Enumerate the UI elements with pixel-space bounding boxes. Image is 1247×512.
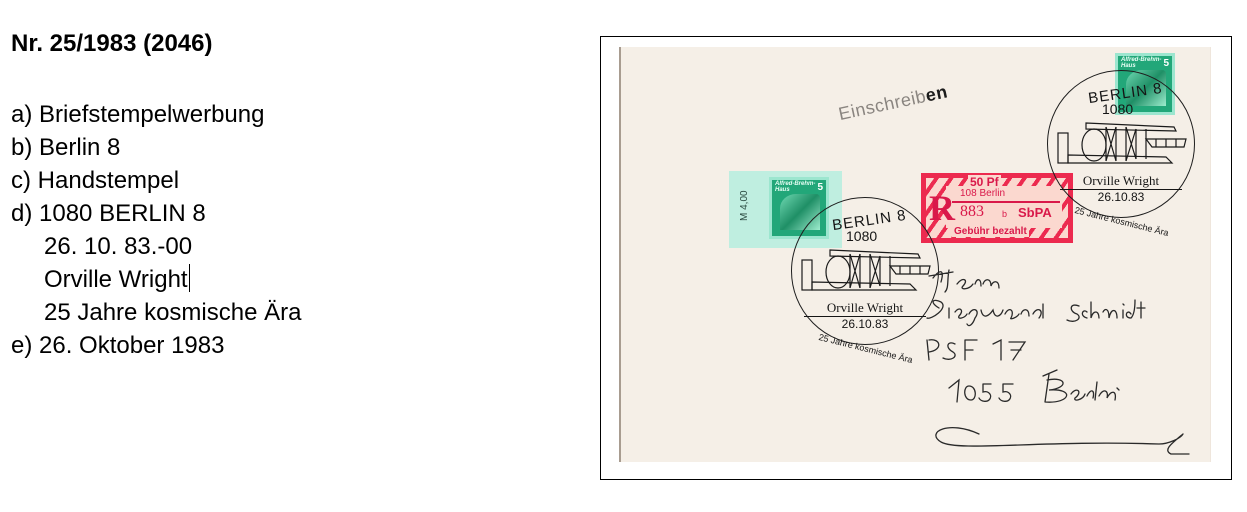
postmark-name: Orville Wright	[1048, 173, 1194, 189]
catalog-item-d-date: 26. 10. 83.-00	[11, 230, 301, 263]
text-cursor	[189, 264, 190, 292]
catalog-item-d-name[interactable]: Orville Wright	[11, 263, 301, 296]
postmark-date: 26.10.83	[792, 317, 938, 331]
registered-handstamp: Einschreiben	[837, 81, 950, 125]
postmark-slogan: 25 Jahre kosmische Ära	[1074, 205, 1170, 238]
registered-handstamp-dark: en	[924, 81, 950, 105]
handwriting-strokes	[919, 262, 1219, 462]
catalog-item-d: d) 1080 BERLIN 8	[11, 197, 301, 230]
registration-letter: R	[929, 190, 955, 226]
postmark-lower: BERLIN 8 1080 Orville Wright 26.10.83 25…	[791, 197, 939, 345]
registration-sub: b	[1002, 209, 1007, 219]
envelope-cover: Einschreiben M 4,00 Alfred-Brehm-Haus 5 …	[619, 47, 1211, 462]
catalog-item-b: b) Berlin 8	[11, 131, 301, 164]
postmark-name: Orville Wright	[792, 300, 938, 316]
stamp-value: 5	[1163, 58, 1169, 69]
postmark-zip: 1080	[1102, 101, 1133, 117]
catalog-item-d-slogan: 25 Jahre kosmische Ära	[11, 296, 301, 329]
registration-office-code: SbPA	[1018, 205, 1052, 220]
registration-fee: 50 Pf	[968, 175, 1001, 189]
sheet-margin: M 4,00	[729, 171, 765, 248]
postmark-zip: 1080	[846, 228, 877, 244]
catalog-item-e: e) 26. Oktober 1983	[11, 329, 301, 362]
registered-handstamp-light: Einschreib	[837, 86, 928, 124]
catalog-item-a: a) Briefstempelwerbung	[11, 98, 301, 131]
wright-flyer-icon	[800, 244, 932, 298]
handwritten-address: Herrn Siegward Schmidt PSF 17 1055 Berli…	[919, 262, 1219, 462]
postmark-date: 26.10.83	[1048, 190, 1194, 204]
catalog-entry: Nr. 25/1983 (2046) a) Briefstempelwerbun…	[11, 30, 301, 362]
registration-paid: Gebühr bezahlt	[952, 226, 1029, 237]
catalog-item-d-name-text: Orville Wright	[44, 266, 188, 293]
postmark-upper: BERLIN 8 1080 Orville Wright 26.10.83 25…	[1047, 70, 1195, 218]
selvage-value: M 4,00	[739, 190, 750, 221]
catalog-title: Nr. 25/1983 (2046)	[11, 30, 301, 58]
catalog-item-c: c) Handstempel	[11, 164, 301, 197]
wright-flyer-icon	[1056, 117, 1188, 171]
catalog-items: a) Briefstempelwerbung b) Berlin 8 c) Ha…	[11, 98, 301, 362]
registration-office: 108 Berlin	[960, 188, 1005, 199]
cover-image-frame: Einschreiben M 4,00 Alfred-Brehm-Haus 5 …	[600, 36, 1232, 480]
registration-number: 883	[960, 203, 984, 221]
postmark-slogan: 25 Jahre kosmische Ära	[818, 332, 914, 365]
stamp-value: 5	[817, 182, 823, 193]
